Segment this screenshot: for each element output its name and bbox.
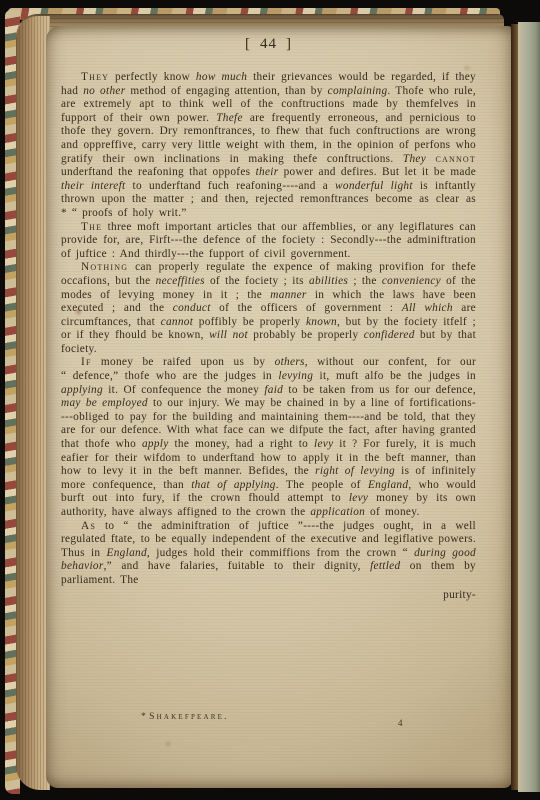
footnote-text: Shakefpeare.	[149, 712, 229, 722]
paper-stain	[166, 742, 170, 746]
adjacent-page-edge	[518, 22, 540, 792]
catchword: purity-	[61, 589, 476, 603]
page-gutter-shadow	[511, 24, 518, 790]
paragraph: If money be raifed upon us by others, wi…	[61, 356, 476, 519]
paragraph: They perfectly know how much their griev…	[61, 71, 476, 221]
header-right-bracket: ]	[286, 36, 292, 52]
paragraph: Nothing can properly regulate the expenc…	[61, 261, 476, 356]
page-number: 44	[260, 36, 277, 52]
header-left-bracket: [	[245, 36, 251, 52]
footnote: * Shakefpeare.	[141, 712, 229, 722]
page-text: They perfectly know how much their griev…	[61, 71, 476, 602]
page-stack-edge-left	[16, 16, 50, 790]
book-photo: [44] They perfectly know how much their …	[0, 0, 540, 800]
paper-stain	[464, 66, 470, 70]
paragraph: The three moft important articles that o…	[61, 221, 476, 262]
book-page: [44] They perfectly know how much their …	[46, 26, 512, 788]
page-number-header: [44]	[61, 36, 476, 53]
paragraph: As to “ the adminiftration of juftice ”-…	[61, 520, 476, 588]
footnote-marker: *	[141, 712, 146, 722]
press-figure: 4	[398, 718, 403, 728]
